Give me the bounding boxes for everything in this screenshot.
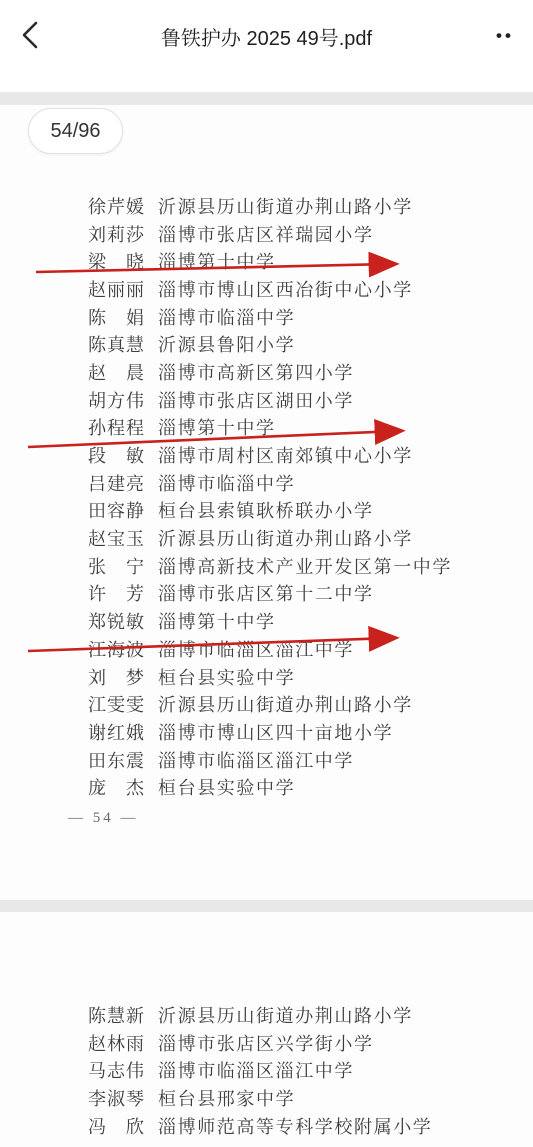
school-name: 淄博市临淄中学 — [158, 470, 295, 496]
list-item: 田容静桓台县索镇耿桥联办小学 — [88, 497, 523, 525]
school-name: 淄博市临淄区淄江中学 — [158, 636, 354, 662]
person-name: 胡方伟 — [88, 387, 148, 413]
person-name: 江雯雯 — [88, 691, 148, 717]
list-item: 陈 娟淄博市临淄中学 — [88, 303, 523, 331]
list-item: 赵丽丽淄博市博山区西冶街中心小学 — [88, 275, 523, 303]
school-name: 桓台县实验中学 — [158, 774, 295, 800]
person-name: 陈慧新 — [88, 1002, 148, 1028]
more-icon: •• — [496, 26, 514, 45]
list-item: 赵 晨淄博市高新区第四小学 — [88, 358, 523, 386]
person-name: 马志伟 — [88, 1057, 148, 1083]
school-name: 淄博市张店区祥瑞园小学 — [158, 221, 374, 247]
person-name: 江海波 — [88, 636, 148, 662]
page-gap-divider — [0, 900, 533, 912]
school-name: 沂源县历山街道办荆山路小学 — [158, 1002, 413, 1028]
person-name: 李淑琴 — [88, 1085, 148, 1111]
page-number-footer: — 54 — — [68, 810, 139, 827]
school-name: 淄博第十中学 — [158, 248, 276, 274]
back-button[interactable] — [8, 14, 52, 58]
person-name: 孙程程 — [88, 414, 148, 440]
person-name: 谢红娥 — [88, 719, 148, 745]
school-name: 淄博第十中学 — [158, 608, 276, 634]
school-name: 淄博市高新区第四小学 — [158, 359, 354, 385]
school-name: 沂源县鲁阳小学 — [158, 331, 295, 357]
person-name: 赵宝玉 — [88, 525, 148, 551]
person-name: 田东震 — [88, 747, 148, 773]
person-name: 许 芳 — [88, 580, 148, 606]
list-item: 许 芳淄博市张店区第十二中学 — [88, 580, 523, 608]
list-item: 马志伟淄博市临淄区淄江中学 — [88, 1056, 523, 1084]
list-item: 郑锐敏淄博第十中学 — [88, 607, 523, 635]
page-indicator-badge: 54/96 — [28, 108, 123, 154]
person-name: 陈 娟 — [88, 304, 148, 330]
school-name: 淄博第十中学 — [158, 414, 276, 440]
person-name: 冯 欣 — [88, 1113, 148, 1139]
list-item: 冯 欣淄博师范高等专科学校附属小学 — [88, 1112, 523, 1140]
school-name: 沂源县历山街道办荆山路小学 — [158, 525, 413, 551]
school-name: 桓台县实验中学 — [158, 664, 295, 690]
list-item: 段 敏淄博市周村区南郊镇中心小学 — [88, 441, 523, 469]
school-name: 淄博高新技术产业开发区第一中学 — [158, 553, 452, 579]
list-item: 江海波淄博市临淄区淄江中学 — [88, 635, 523, 663]
person-name: 陈真慧 — [88, 331, 148, 357]
school-name: 淄博市周村区南郊镇中心小学 — [158, 442, 413, 468]
school-name: 淄博市临淄区淄江中学 — [158, 1057, 354, 1083]
school-name: 淄博市博山区西冶街中心小学 — [158, 276, 413, 302]
person-name: 刘莉莎 — [88, 221, 148, 247]
list-item: 吕建亮淄博市临淄中学 — [88, 469, 523, 497]
list-item: 谢红娥淄博市博山区四十亩地小学 — [88, 718, 523, 746]
person-name: 赵林雨 — [88, 1030, 148, 1056]
list-item: 刘 梦桓台县实验中学 — [88, 663, 523, 691]
list-item: 孙程程淄博第十中学 — [88, 414, 523, 442]
list-item: 刘莉莎淄博市张店区祥瑞园小学 — [88, 220, 523, 248]
list-item: 赵宝玉沂源县历山街道办荆山路小学 — [88, 524, 523, 552]
list-item: 李淑琴桓台县邢家中学 — [88, 1084, 523, 1112]
school-name: 淄博市张店区湖田小学 — [158, 387, 354, 413]
school-name: 淄博市张店区第十二中学 — [158, 580, 374, 606]
list-item: 田东震淄博市临淄区淄江中学 — [88, 746, 523, 774]
person-name: 段 敏 — [88, 442, 148, 468]
document-title: 鲁铁护办 2025 49号.pdf — [70, 22, 463, 51]
list-item: 赵林雨淄博市张店区兴学街小学 — [88, 1029, 523, 1057]
list-item: 陈慧新沂源县历山街道办荆山路小学 — [88, 1001, 523, 1029]
school-name: 沂源县历山街道办荆山路小学 — [158, 691, 413, 717]
pdf-viewer-header: 鲁铁护办 2025 49号.pdf •• — [0, 0, 533, 92]
list-item: 陈真慧沂源县鲁阳小学 — [88, 330, 523, 358]
list-item: 张 宁淄博高新技术产业开发区第一中学 — [88, 552, 523, 580]
person-name: 张 宁 — [88, 553, 148, 579]
person-name: 梁 晓 — [88, 248, 148, 274]
list-item: 胡方伟淄博市张店区湖田小学 — [88, 386, 523, 414]
name-school-list-page55: 陈慧新沂源县历山街道办荆山路小学赵林雨淄博市张店区兴学街小学马志伟淄博市临淄区淄… — [88, 1001, 523, 1139]
person-name: 赵 晨 — [88, 359, 148, 385]
person-name: 徐芹媛 — [88, 193, 148, 219]
school-name: 淄博市张店区兴学街小学 — [158, 1030, 374, 1056]
school-name: 淄博市博山区四十亩地小学 — [158, 719, 393, 745]
chevron-left-icon — [17, 19, 43, 54]
page-gap-divider — [0, 92, 533, 105]
school-name: 桓台县索镇耿桥联办小学 — [158, 497, 374, 523]
name-school-list-page54: 徐芹媛沂源县历山街道办荆山路小学刘莉莎淄博市张店区祥瑞园小学梁 晓淄博第十中学赵… — [88, 192, 523, 801]
header-bar: 鲁铁护办 2025 49号.pdf •• — [0, 10, 533, 62]
list-item: 江雯雯沂源县历山街道办荆山路小学 — [88, 690, 523, 718]
school-name: 淄博师范高等专科学校附属小学 — [158, 1113, 432, 1139]
list-item: 庞 杰桓台县实验中学 — [88, 773, 523, 801]
school-name: 淄博市临淄中学 — [158, 304, 295, 330]
person-name: 郑锐敏 — [88, 608, 148, 634]
person-name: 田容静 — [88, 497, 148, 523]
school-name: 沂源县历山街道办荆山路小学 — [158, 193, 413, 219]
list-item: 梁 晓淄博第十中学 — [88, 247, 523, 275]
school-name: 桓台县邢家中学 — [158, 1085, 295, 1111]
person-name: 吕建亮 — [88, 470, 148, 496]
person-name: 庞 杰 — [88, 774, 148, 800]
person-name: 赵丽丽 — [88, 276, 148, 302]
person-name: 刘 梦 — [88, 664, 148, 690]
list-item: 徐芹媛沂源县历山街道办荆山路小学 — [88, 192, 523, 220]
more-menu-button[interactable]: •• — [483, 16, 527, 56]
school-name: 淄博市临淄区淄江中学 — [158, 747, 354, 773]
